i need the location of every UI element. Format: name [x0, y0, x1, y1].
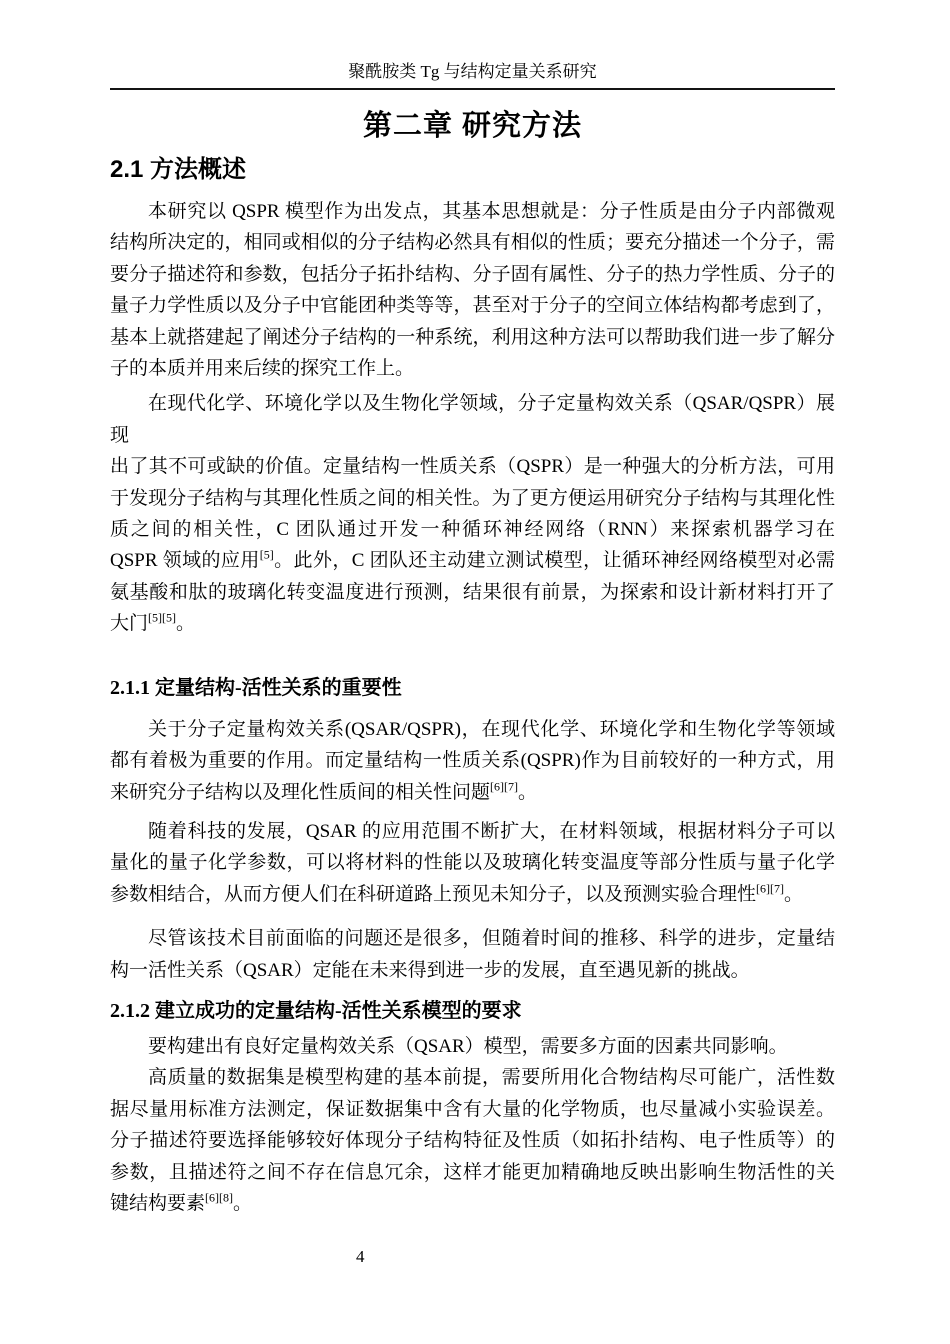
section-heading-2-1-1: 2.1.1 定量结构-活性关系的重要性 — [110, 676, 835, 700]
citation-superscript: [6][8] — [205, 1191, 233, 1205]
text-line: 高质量的数据集是模型构建的基本前提，需要所用化合物结构尽可能广，活性数 — [110, 1062, 835, 1093]
running-title: 聚酰胺类 Tg 与结构定量关系研究 — [110, 0, 835, 81]
document-page: 聚酰胺类 Tg 与结构定量关系研究 第二章 研究方法 2.1 方法概述 本研究以… — [0, 0, 950, 1344]
page-content: 聚酰胺类 Tg 与结构定量关系研究 第二章 研究方法 2.1 方法概述 本研究以… — [110, 0, 835, 1219]
section-heading-2-1-2: 2.1.2 建立成功的定量结构-活性关系模型的要求 — [110, 999, 835, 1023]
text-line: QSPR 领域的应用[5]。此外，C 团队还主动建立测试模型，让循环神经网络模型… — [110, 545, 835, 576]
text-line: 结构所决定的，相同或相似的分子结构必然具有相似的性质；要充分描述一个分子，需 — [110, 227, 835, 258]
citation-superscript: [5] — [260, 548, 274, 562]
text-line: 据尽量用标准方法测定，保证数据集中含有大量的化学物质，也尽量减小实验误差。 — [110, 1094, 835, 1125]
text-line: 在现代化学、环境化学以及生物化学领域，分子定量构效关系（QSAR/QSPR）展现 — [110, 388, 835, 451]
paragraph-model-requirements-1: 要构建出有良好定量构效关系（QSAR）模型，需要多方面的因素共同影响。 — [110, 1031, 835, 1062]
text-line: 氨基酸和肽的玻璃化转变温度进行预测，结果很有前景，为探索和设计新材料打开了 — [110, 577, 835, 608]
paragraph-method-overview-1: 本研究以 QSPR 模型作为出发点，其基本思想就是：分子性质是由分子内部微观 结… — [110, 196, 835, 384]
text-line: 本研究以 QSPR 模型作为出发点，其基本思想就是：分子性质是由分子内部微观 — [110, 196, 835, 227]
text-line: 参数相结合，从而方便人们在科研道路上预见未知分子，以及预测实验合理性[6][7]… — [110, 879, 835, 910]
paragraph-qsar-importance-2: 随着科技的发展，QSAR 的应用范围不断扩大，在材料领域，根据材料分子可以 量化… — [110, 816, 835, 910]
text-line: 来研究分子结构以及理化性质间的相关性问题[6][7]。 — [110, 777, 835, 808]
paragraph-qsar-importance-1: 关于分子定量构效关系(QSAR/QSPR)，在现代化学、环境化学和生物化学等领域… — [110, 714, 835, 808]
text-line: 基本上就搭建起了阐述分子结构的一种系统，利用这种方法可以帮助我们进一步了解分 — [110, 322, 835, 353]
text-line: 要构建出有良好定量构效关系（QSAR）模型，需要多方面的因素共同影响。 — [110, 1031, 835, 1062]
paragraph-model-requirements-2: 高质量的数据集是模型构建的基本前提，需要所用化合物结构尽可能广，活性数 据尽量用… — [110, 1062, 835, 1219]
paragraph-method-overview-2: 在现代化学、环境化学以及生物化学领域，分子定量构效关系（QSAR/QSPR）展现… — [110, 388, 835, 639]
text-line: 关于分子定量构效关系(QSAR/QSPR)，在现代化学、环境化学和生物化学等领域 — [110, 714, 835, 745]
text-line: 尽管该技术目前面临的问题还是很多，但随着时间的推移、科学的进步，定量结 — [110, 923, 835, 954]
page-number: 4 — [356, 1248, 365, 1266]
text-line: 质之间的相关性，C 团队通过开发一种循环神经网络（RNN）来探索机器学习在 — [110, 514, 835, 545]
text-line: 分子描述符要选择能够较好体现分子结构特征及性质（如拓扑结构、电子性质等）的 — [110, 1125, 835, 1156]
text-line: 键结构要素[6][8]。 — [110, 1188, 835, 1219]
text-line: 构一活性关系（QSAR）定能在未来得到进一步的发展，直至遇见新的挑战。 — [110, 955, 835, 986]
text-line: 都有着极为重要的作用。而定量结构一性质关系(QSPR)作为目前较好的一种方式，用 — [110, 745, 835, 776]
text-line: 出了其不可或缺的价值。定量结构一性质关系（QSPR）是一种强大的分析方法，可用 — [110, 451, 835, 482]
chapter-title: 第二章 研究方法 — [110, 90, 835, 142]
text-line: 大门[5][5]。 — [110, 608, 835, 639]
text-line: 参数，且描述符之间不存在信息冗余，这样才能更加精确地反映出影响生物活性的关 — [110, 1157, 835, 1188]
citation-superscript: [6][7] — [490, 779, 518, 793]
text-line: 量化的量子化学参数，可以将材料的性能以及玻璃化转变温度等部分性质与量子化学 — [110, 847, 835, 878]
text-line: 量子力学性质以及分子中官能团种类等等，甚至对于分子的空间立体结构都考虑到了， — [110, 290, 835, 321]
text-line: 子的本质并用来后续的探究工作上。 — [110, 353, 835, 384]
paragraph-qsar-importance-3: 尽管该技术目前面临的问题还是很多，但随着时间的推移、科学的进步，定量结 构一活性… — [110, 923, 835, 986]
citation-superscript: [5][5] — [148, 611, 176, 625]
text-line: 随着科技的发展，QSAR 的应用范围不断扩大，在材料领域，根据材料分子可以 — [110, 816, 835, 847]
citation-superscript: [6][7] — [756, 881, 784, 895]
text-line: 要分子描述符和参数，包括分子拓扑结构、分子固有属性、分子的热力学性质、分子的 — [110, 259, 835, 290]
section-heading-2-1: 2.1 方法概述 — [110, 142, 835, 183]
text-line: 于发现分子结构与其理化性质之间的相关性。为了更方便运用研究分子结构与其理化性 — [110, 483, 835, 514]
